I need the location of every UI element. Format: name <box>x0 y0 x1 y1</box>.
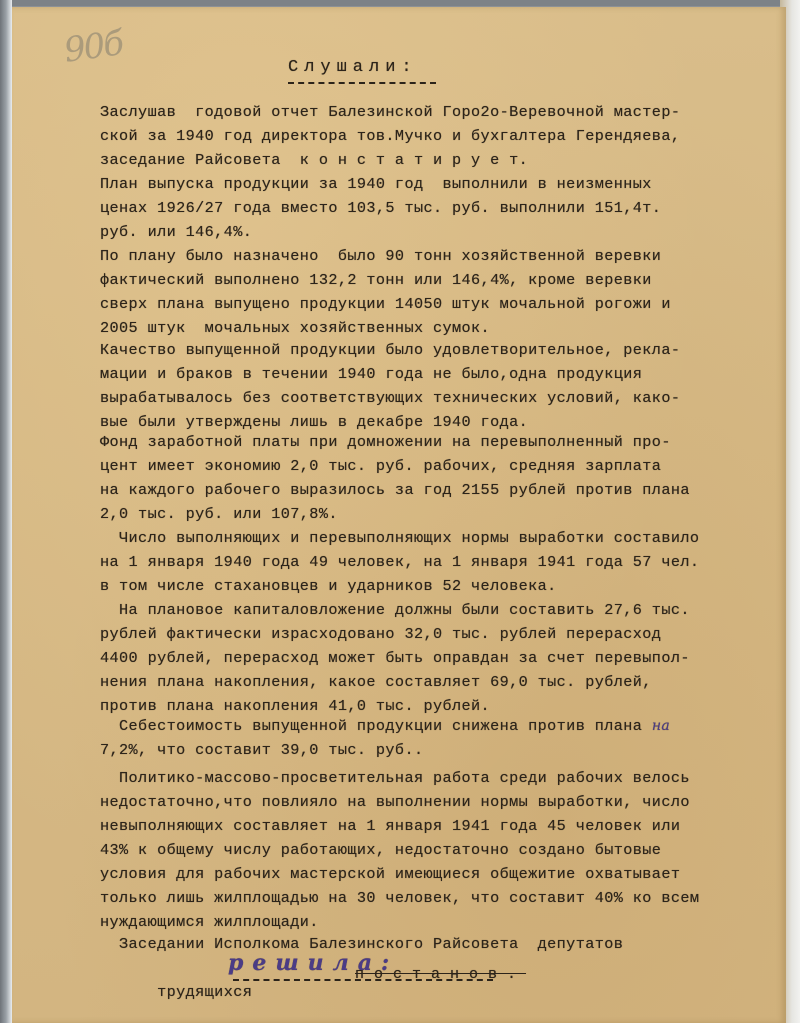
text-line: сверх плана выпущено продукции 14050 шту… <box>100 292 790 316</box>
text-line: условия для рабочих мастерской имеющиеся… <box>100 862 790 886</box>
text-line: План выпуска продукции за 1940 год выпол… <box>100 172 790 196</box>
handwritten-insert: на <box>652 718 670 734</box>
text-line: заседание Райсовета к о н с т а т и р у … <box>100 148 790 172</box>
scan-frame-top <box>0 0 800 6</box>
text-fragment: трудящихся <box>157 983 252 1001</box>
text-line: Заседании Исполкома Балезинского Райсове… <box>100 932 790 956</box>
text-line: ской за 1940 год директора тов.Мучко и б… <box>100 124 790 148</box>
text-line: 2,0 тыс. руб. или 107,8%. <box>100 502 790 526</box>
text-fragment: Себестоимость выпущенной продукции сниже… <box>100 717 642 735</box>
text-line: рублей фактически израсходовано 32,0 тыс… <box>100 622 790 646</box>
paragraph-rope-output: По плану было назначено было 90 тонн хоз… <box>100 244 790 340</box>
text-line: По плану было назначено было 90 тонн хоз… <box>100 244 790 268</box>
text-line: невыполняющих составляет на 1 января 194… <box>100 814 790 838</box>
text-line: Политико-массово-просветительная работа … <box>100 766 790 790</box>
title-underline <box>288 82 436 84</box>
page-title: Слушали: <box>288 58 418 77</box>
text-line: недостаточно,что повлияло на выполнении … <box>100 790 790 814</box>
text-line: 2005 штук мочальных хозяйственных сумок. <box>100 316 790 340</box>
text-line: только лишь жилплощадью на 30 человек, ч… <box>100 886 790 910</box>
text-line: 4400 рублей, перерасход может быть оправ… <box>100 646 790 670</box>
text-line: фактический выполнено 132,2 тонн или 146… <box>100 268 790 292</box>
text-line: трудящихся решила: постанов. <box>100 956 790 980</box>
paragraph-production-plan: План выпуска продукции за 1940 год выпол… <box>100 172 790 244</box>
scan-frame-left <box>0 0 12 1023</box>
signature-dotted-line <box>233 979 493 981</box>
text-line: нуждающимся жилплощади. <box>100 910 790 934</box>
paragraph-political-work: Политико-массово-просветительная работа … <box>100 766 790 934</box>
text-line: на каждого рабочего выразилось за год 21… <box>100 478 790 502</box>
text-line: руб. или 146,4%. <box>100 220 790 244</box>
text-line: в том числе стахановцев и ударников 52 ч… <box>100 574 790 598</box>
paragraph-report-heard: Заслушав годовой отчет Балезинской Горо2… <box>100 100 790 172</box>
text-line: Фонд заработной платы при домножении на … <box>100 430 790 454</box>
text-line: Качество выпущенной продукции было удовл… <box>100 338 790 362</box>
text-line: Себестоимость выпущенной продукции сниже… <box>100 714 790 738</box>
text-line: На плановое капиталовложение должны были… <box>100 598 790 622</box>
text-line: Число выполняющих и перевыполняющих норм… <box>100 526 790 550</box>
text-line: цент имеет экономию 2,0 тыс. руб. рабочи… <box>100 454 790 478</box>
text-line: 43% к общему числу работающих, недостато… <box>100 838 790 862</box>
paragraph-cost-price: Себестоимость выпущенной продукции сниже… <box>100 714 790 762</box>
text-line: на 1 января 1940 года 49 человек, на 1 я… <box>100 550 790 574</box>
paragraph-capital-investment: На плановое капиталовложение должны были… <box>100 598 790 718</box>
paragraph-wage-fund: Фонд заработной платы при домножении на … <box>100 430 790 526</box>
struck-out-text: постанов. <box>355 963 526 987</box>
text-line: нения плана накопления, какое составляет… <box>100 670 790 694</box>
text-line: мации и браков в течении 1940 года не бы… <box>100 362 790 386</box>
text-line: 7,2%, что составит 39,0 тыс. руб.. <box>100 738 790 762</box>
closing-resolution: Заседании Исполкома Балезинского Райсове… <box>100 932 790 980</box>
paragraph-quality: Качество выпущенной продукции было удовл… <box>100 338 790 434</box>
text-line: ценах 1926/27 года вместо 103,5 тыс. руб… <box>100 196 790 220</box>
text-line: Заслушав годовой отчет Балезинской Горо2… <box>100 100 790 124</box>
archive-page-number: 90б <box>61 23 124 71</box>
paragraph-workers-norms: Число выполняющих и перевыполняющих норм… <box>100 526 790 598</box>
text-line: вырабатывалось без соответствующих техни… <box>100 386 790 410</box>
